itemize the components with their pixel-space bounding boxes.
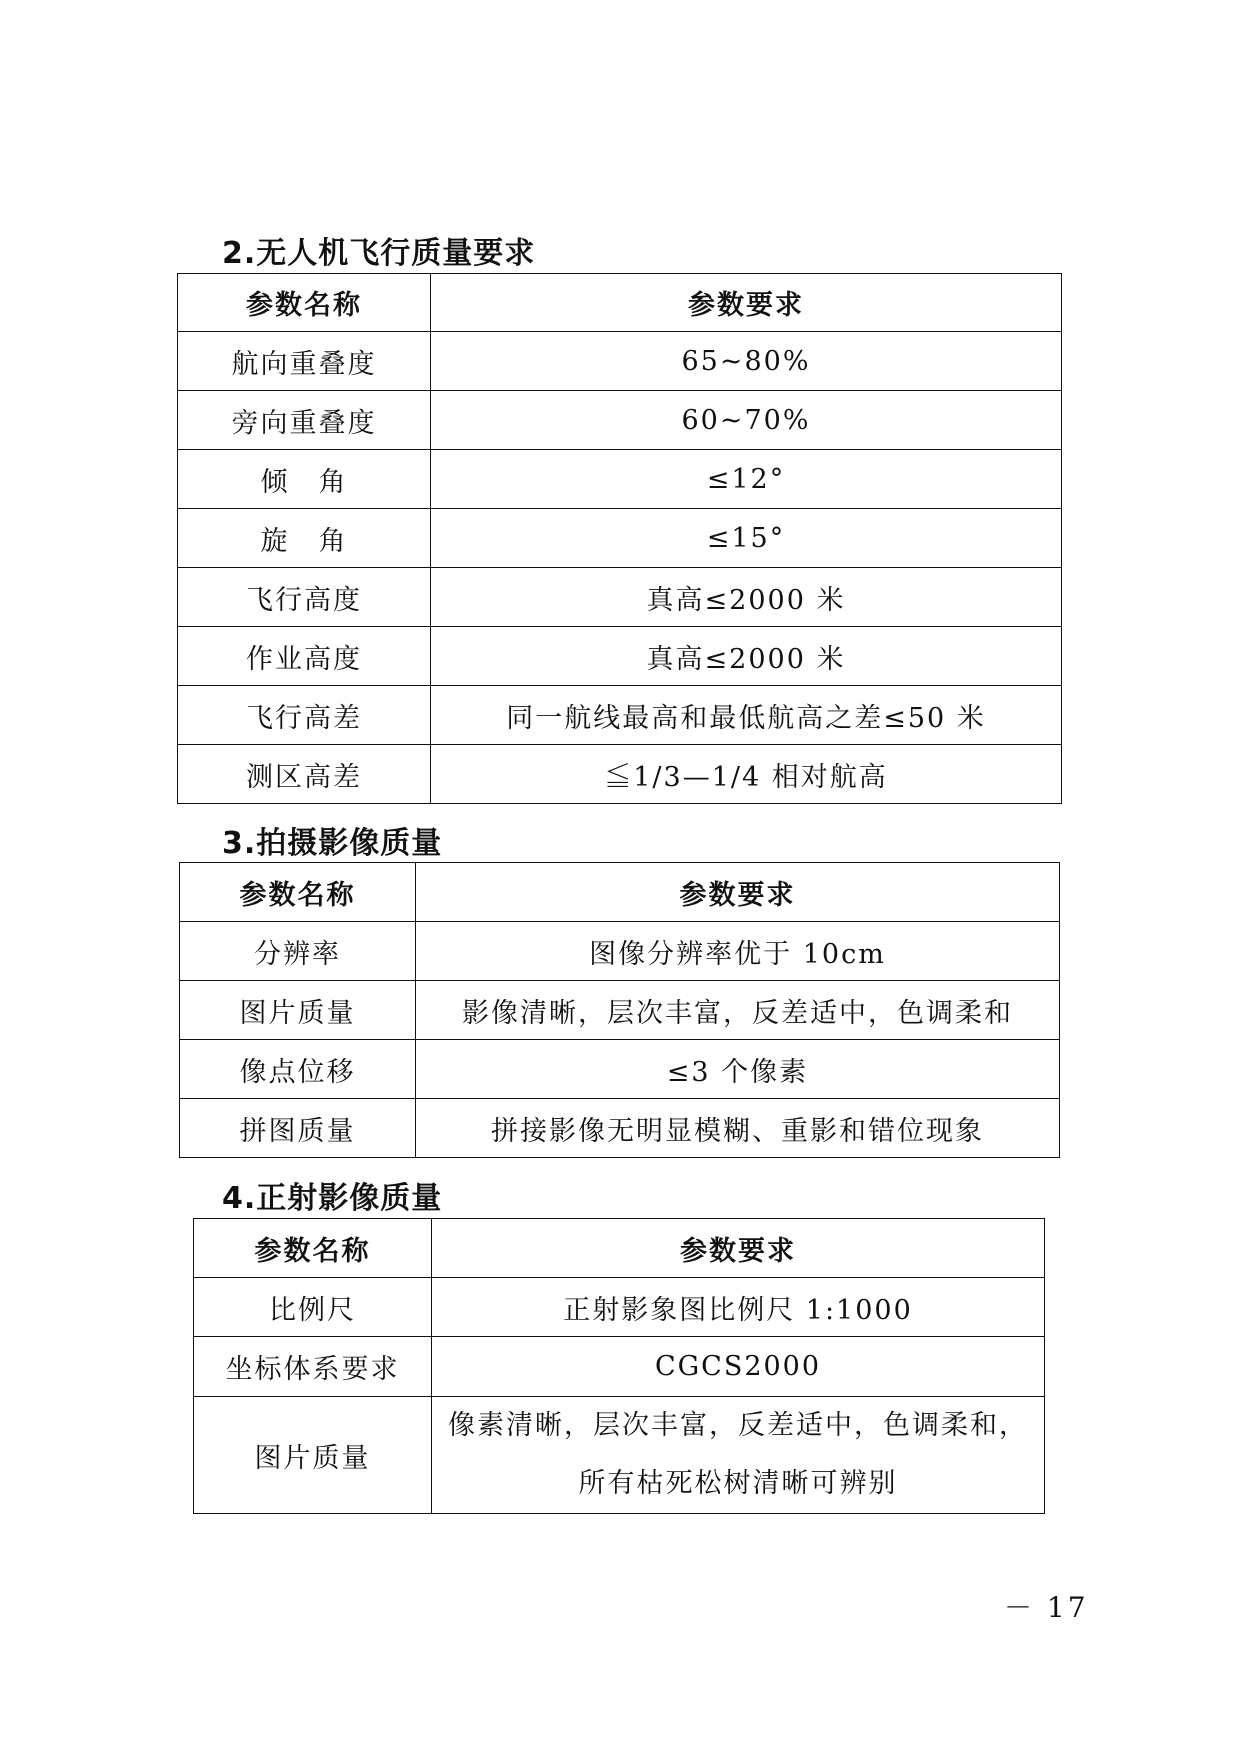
table-row: 旁向重叠度 60~70% [178, 391, 1062, 450]
param-name: 旁向重叠度 [178, 391, 431, 450]
param-name: 比例尺 [194, 1278, 432, 1337]
table-row: 图片质量 影像清晰，层次丰富，反差适中，色调柔和 [180, 981, 1060, 1040]
param-name: 飞行高度 [178, 568, 431, 627]
column-header-param-requirement: 参数要求 [432, 1219, 1045, 1278]
param-name: 图片质量 [180, 981, 416, 1040]
param-value: 同一航线最高和最低航高之差≤50 米 [431, 686, 1062, 745]
param-value: ≤3 个像素 [416, 1040, 1060, 1099]
param-value: 60~70% [431, 391, 1062, 450]
param-value: 图像分辨率优于 10cm [416, 922, 1060, 981]
param-value: ≦1/3—1/4 相对航高 [431, 745, 1062, 804]
param-value: 真高≤2000 米 [431, 627, 1062, 686]
section-title-image-capture-quality: 3.拍摄影像质量 [222, 818, 442, 862]
table-header-row: 参数名称 参数要求 [194, 1219, 1045, 1278]
param-value: CGCS2000 [432, 1337, 1045, 1397]
column-header-param-name: 参数名称 [194, 1219, 432, 1278]
param-name: 坐标体系要求 [194, 1337, 432, 1397]
param-value: 影像清晰，层次丰富，反差适中，色调柔和 [416, 981, 1060, 1040]
orthophoto-quality-table: 参数名称 参数要求 比例尺 正射影象图比例尺 1:1000 坐标体系要求 CGC… [193, 1218, 1045, 1514]
table-row: 作业高度 真高≤2000 米 [178, 627, 1062, 686]
table-row: 图片质量 像素清晰，层次丰富，反差适中，色调柔和，所有枯死松树清晰可辨别 [194, 1397, 1045, 1514]
param-value: ≤15° [431, 509, 1062, 568]
table-row: 比例尺 正射影象图比例尺 1:1000 [194, 1278, 1045, 1337]
param-value: 正射影象图比例尺 1:1000 [432, 1278, 1045, 1337]
table-row: 倾 角 ≤12° [178, 450, 1062, 509]
param-value: 拼接影像无明显模糊、重影和错位现象 [416, 1099, 1060, 1158]
table-row: 航向重叠度 65~80% [178, 332, 1062, 391]
table-header-row: 参数名称 参数要求 [178, 274, 1062, 332]
param-name: 图片质量 [194, 1397, 432, 1514]
flight-quality-table: 参数名称 参数要求 航向重叠度 65~80% 旁向重叠度 60~70% 倾 角 … [177, 273, 1062, 804]
table-row: 拼图质量 拼接影像无明显模糊、重影和错位现象 [180, 1099, 1060, 1158]
param-name: 旋 角 [178, 509, 431, 568]
param-name: 航向重叠度 [178, 332, 431, 391]
table-row: 分辨率 图像分辨率优于 10cm [180, 922, 1060, 981]
param-value: 65~80% [431, 332, 1062, 391]
section-title-flight-quality: 2.无人机飞行质量要求 [222, 228, 535, 272]
table-row: 坐标体系要求 CGCS2000 [194, 1337, 1045, 1397]
image-capture-quality-table: 参数名称 参数要求 分辨率 图像分辨率优于 10cm 图片质量 影像清晰，层次丰… [179, 862, 1060, 1158]
section-title-orthophoto-quality: 4.正射影像质量 [222, 1173, 442, 1217]
column-header-param-requirement: 参数要求 [416, 863, 1060, 922]
param-value: ≤12° [431, 450, 1062, 509]
param-name: 分辨率 [180, 922, 416, 981]
column-header-param-name: 参数名称 [178, 274, 431, 332]
param-name: 测区高差 [178, 745, 431, 804]
param-name: 作业高度 [178, 627, 431, 686]
table-header-row: 参数名称 参数要求 [180, 863, 1060, 922]
param-name: 倾 角 [178, 450, 431, 509]
param-name: 拼图质量 [180, 1099, 416, 1158]
column-header-param-name: 参数名称 [180, 863, 416, 922]
param-name: 飞行高差 [178, 686, 431, 745]
table-row: 像点位移 ≤3 个像素 [180, 1040, 1060, 1099]
table-row: 飞行高差 同一航线最高和最低航高之差≤50 米 [178, 686, 1062, 745]
param-value: 真高≤2000 米 [431, 568, 1062, 627]
table-row: 旋 角 ≤15° [178, 509, 1062, 568]
param-value: 像素清晰，层次丰富，反差适中，色调柔和，所有枯死松树清晰可辨别 [432, 1397, 1045, 1514]
page-number: － 17 [1004, 1586, 1089, 1626]
column-header-param-requirement: 参数要求 [431, 274, 1062, 332]
table-row: 飞行高度 真高≤2000 米 [178, 568, 1062, 627]
param-name: 像点位移 [180, 1040, 416, 1099]
table-row: 测区高差 ≦1/3—1/4 相对航高 [178, 745, 1062, 804]
